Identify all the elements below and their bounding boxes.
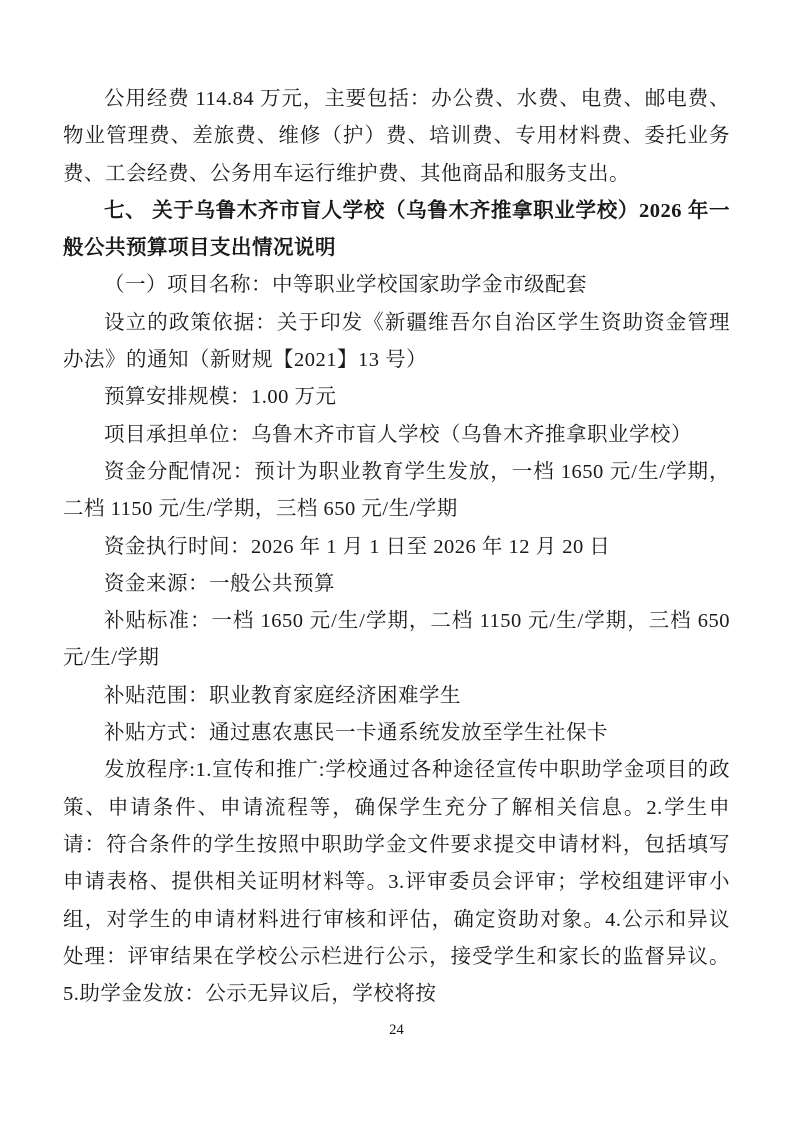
paragraph-issuance-procedure: 发放程序:1.宣传和推广:学校通过各种途径宣传中职助学金项目的政策、申请条件、申… [63,752,730,1013]
paragraph-fund-source: 资金来源：一般公共预算 [63,566,730,603]
paragraph-undertaking-unit: 项目承担单位：乌鲁木齐市盲人学校（乌鲁木齐推拿职业学校） [63,417,730,454]
document-page: 公用经费 114.84 万元，主要包括：办公费、水费、电费、邮电费、物业管理费、… [0,0,793,1122]
paragraph-subsidy-scope: 补贴范围：职业教育家庭经济困难学生 [63,678,730,715]
section-heading-seven: 七、 关于乌鲁木齐市盲人学校（乌鲁木齐推拿职业学校）2026 年一般公共预算项目… [63,193,730,268]
paragraph-fund-allocation: 资金分配情况：预计为职业教育学生发放，一档 1650 元/生/学期，二档 115… [63,454,730,529]
paragraph-execution-time: 资金执行时间：2026 年 1 月 1 日至 2026 年 12 月 20 日 [63,529,730,566]
document-body: 公用经费 114.84 万元，主要包括：办公费、水费、电费、邮电费、物业管理费、… [63,81,730,1013]
paragraph-project-name: （一）项目名称：中等职业学校国家助学金市级配套 [63,267,730,304]
paragraph-budget-scale: 预算安排规模：1.00 万元 [63,379,730,416]
paragraph-subsidy-standard: 补贴标准：一档 1650 元/生/学期，二档 1150 元/生/学期，三档 65… [63,603,730,678]
paragraph-public-expense: 公用经费 114.84 万元，主要包括：办公费、水费、电费、邮电费、物业管理费、… [63,81,730,193]
page-number: 24 [0,1022,793,1039]
paragraph-policy-basis: 设立的政策依据：关于印发《新疆维吾尔自治区学生资助资金管理办法》的通知（新财规【… [63,305,730,380]
paragraph-subsidy-method: 补贴方式：通过惠农惠民一卡通系统发放至学生社保卡 [63,715,730,752]
